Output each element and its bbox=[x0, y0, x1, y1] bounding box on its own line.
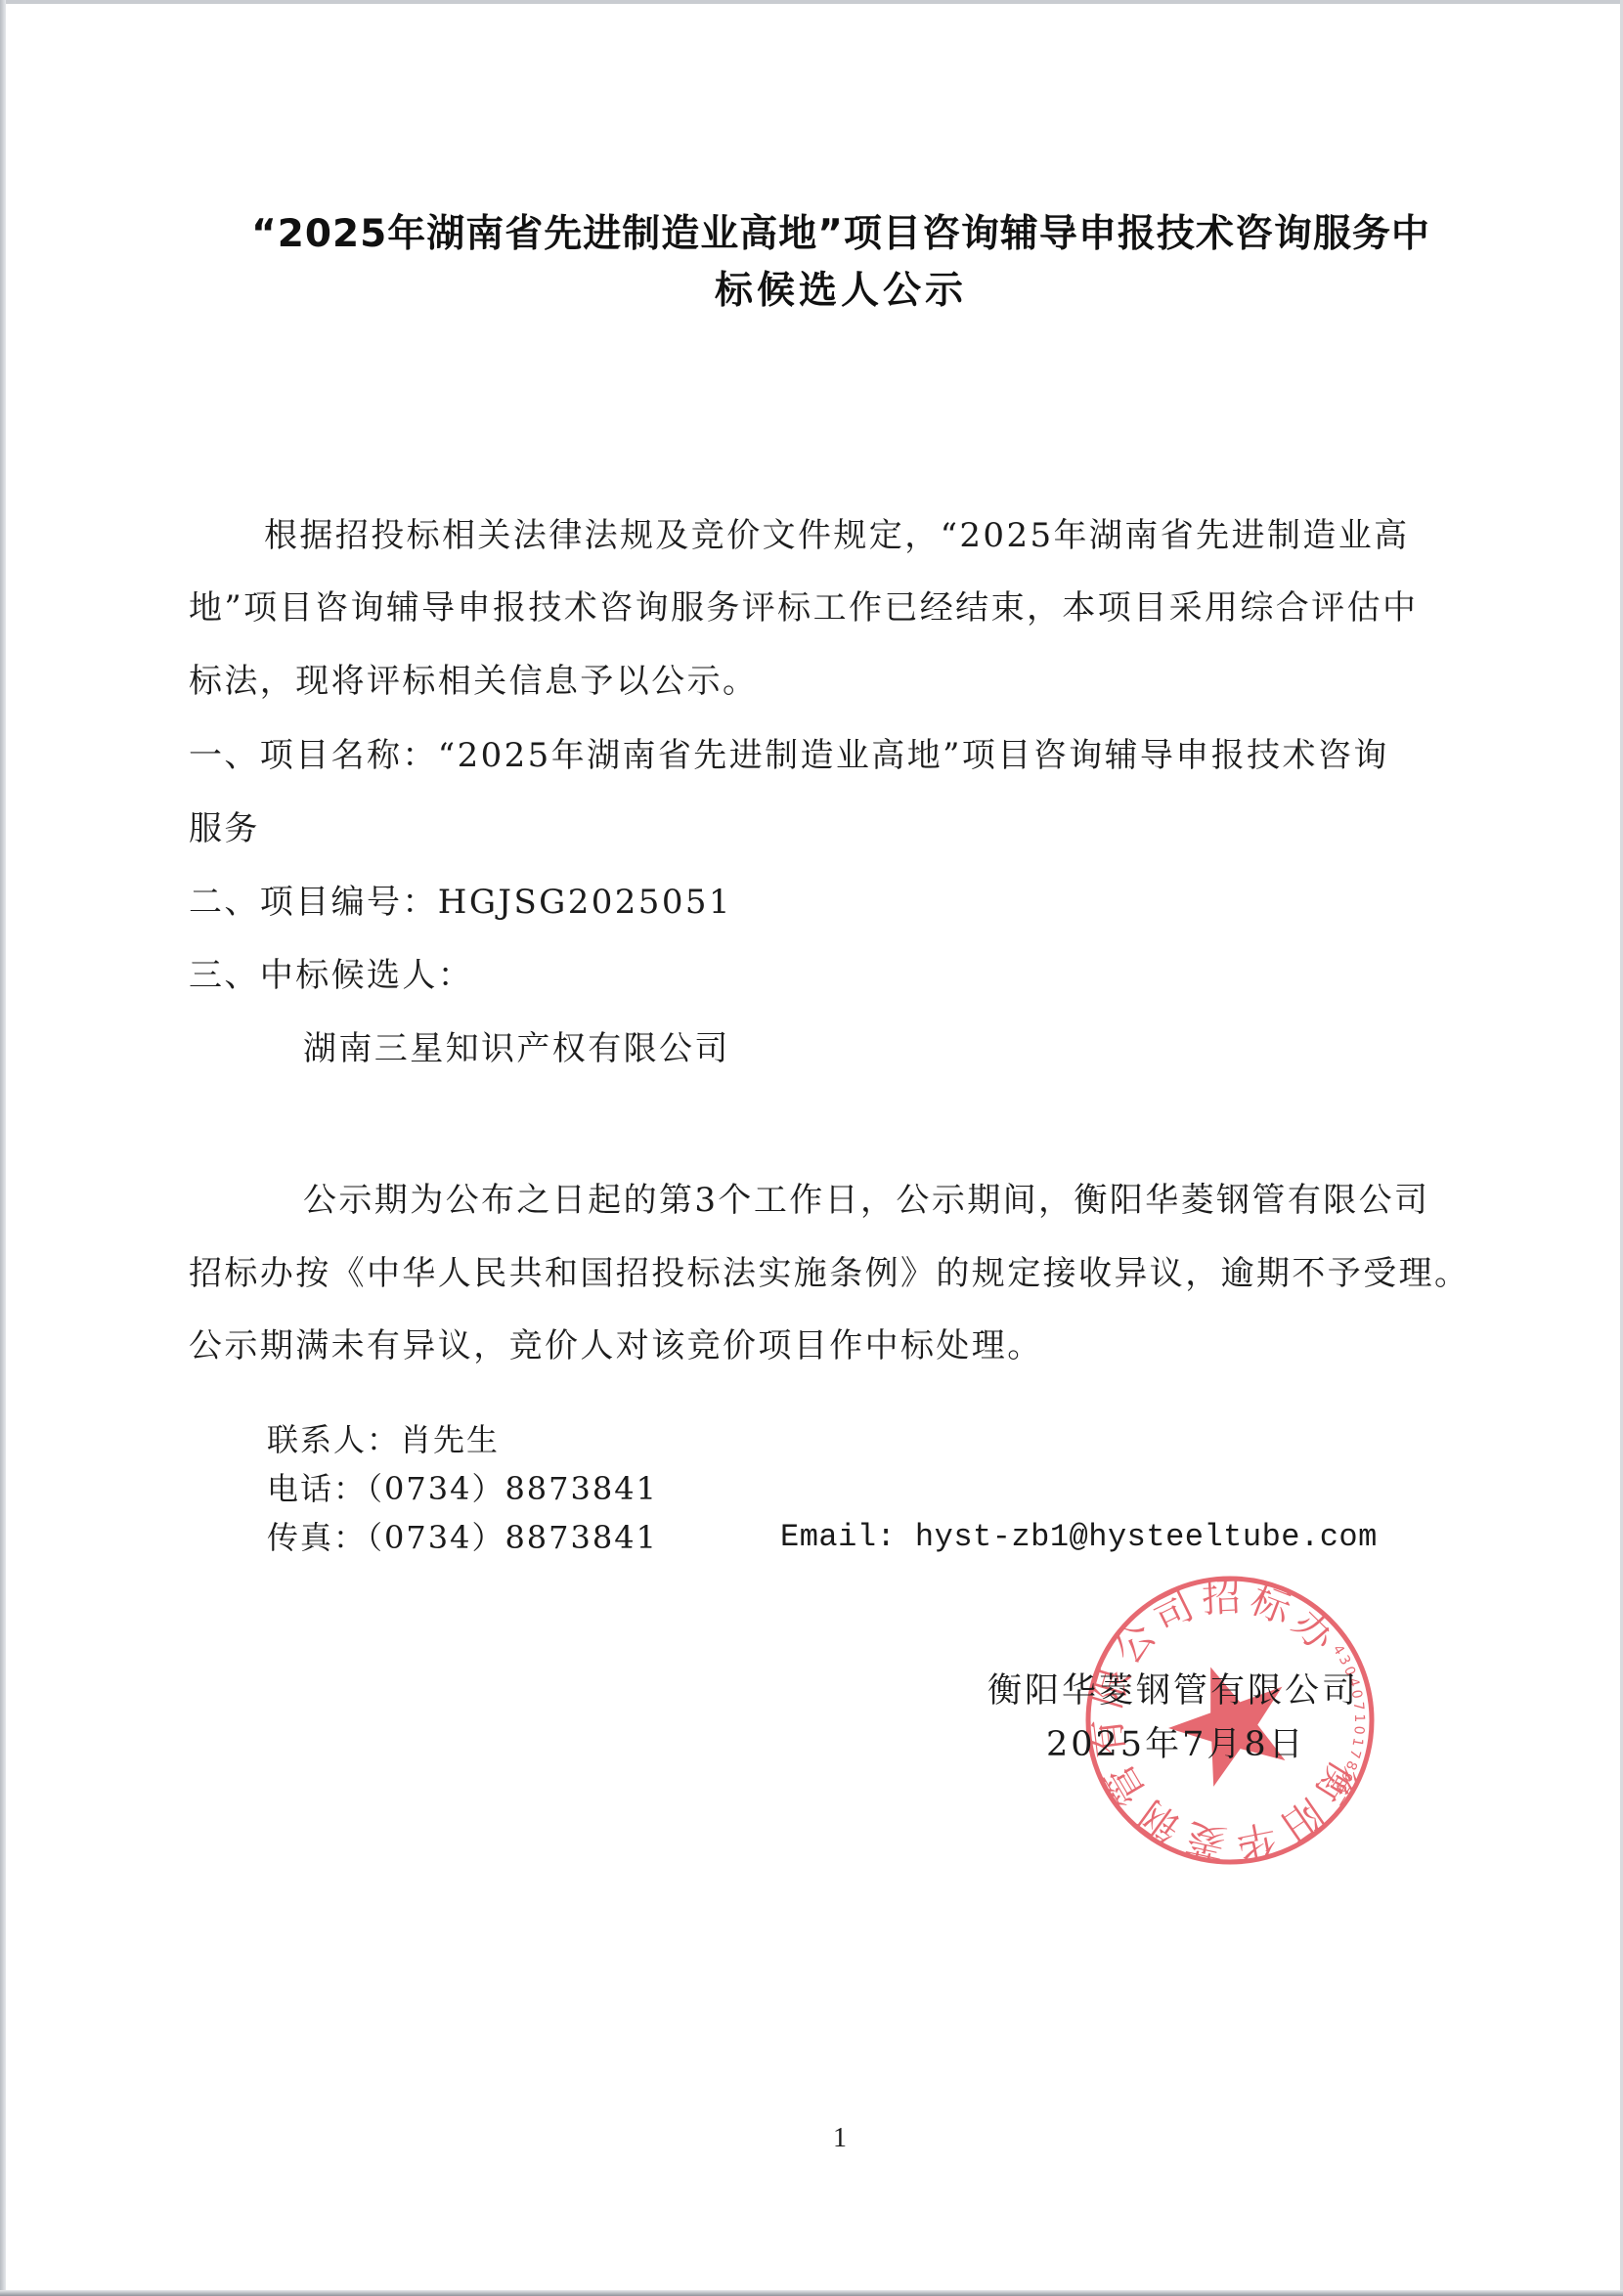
contact-phone: 电话：（0734）8873841 bbox=[267, 1469, 658, 1508]
notice-line-3: 公示期满未有异议，竞价人对该竞价项目作中标处理。 bbox=[189, 1324, 1499, 1367]
official-seal-icon: 衡阳华菱钢管有限公司招标办 4304071017899 bbox=[1083, 1574, 1377, 1867]
document-title-line-2: 标候选人公示 bbox=[176, 260, 1506, 315]
notice-line-2: 招标办按《中华人民共和国招投标法实施条例》的规定接收异议，逾期不予受理。 bbox=[189, 1252, 1499, 1295]
scan-border-top bbox=[0, 0, 1623, 4]
candidate-label: 三、中标候选人： bbox=[189, 954, 1499, 997]
contact-person: 联系人：肖先生 bbox=[267, 1420, 500, 1459]
scan-border-bottom bbox=[0, 2290, 1623, 2296]
project-number: 二、项目编号：HGJSG2025051 bbox=[189, 881, 1499, 924]
contact-email[interactable]: Email: hyst-zb1@hysteeltube.com bbox=[780, 1518, 1378, 1557]
signature-company: 衡阳华菱钢管有限公司 bbox=[987, 1669, 1359, 1712]
candidate-name: 湖南三星知识产权有限公司 bbox=[303, 1027, 1613, 1070]
project-name-line-1: 一、项目名称：“2025年湖南省先进制造业高地”项目咨询辅导申报技术咨询 bbox=[189, 734, 1499, 777]
signature-date: 2025年7月8日 bbox=[1046, 1723, 1306, 1766]
intro-line-1: 根据招投标相关法律法规及竞价文件规定，“2025年湖南省先进制造业高 bbox=[264, 514, 1574, 557]
document-title-line-1: “2025年湖南省先进制造业高地”项目咨询辅导申报技术咨询服务中 bbox=[176, 203, 1506, 258]
intro-line-3: 标法，现将评标相关信息予以公示。 bbox=[189, 660, 1499, 703]
page-number: 1 bbox=[833, 2123, 847, 2154]
scan-border-left bbox=[0, 0, 6, 2296]
contact-fax: 传真：（0734）8873841 bbox=[267, 1518, 658, 1557]
project-name-line-2: 服务 bbox=[189, 807, 1499, 850]
notice-line-1: 公示期为公布之日起的第3个工作日，公示期间，衡阳华菱钢管有限公司 bbox=[303, 1179, 1613, 1222]
intro-line-2: 地”项目咨询辅导申报技术咨询服务评标工作已经结束，本项目采用综合评估中 bbox=[189, 586, 1499, 629]
